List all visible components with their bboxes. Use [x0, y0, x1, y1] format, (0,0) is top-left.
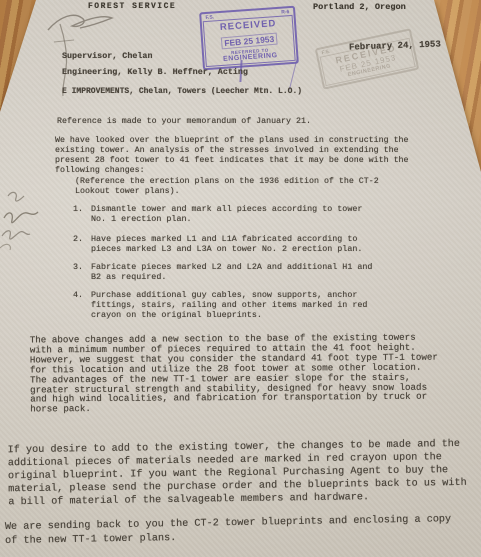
- list-item-text: Have pieces marked L1 and L1A fabricated…: [91, 234, 378, 254]
- summary-paragraph: The above changes add a new section to t…: [30, 333, 443, 415]
- subject-line: E IMPROVEMENTS, Chelan, Towers (Leecher …: [62, 87, 302, 96]
- erection-plans-note: (Reference the erection plans on the 193…: [75, 177, 393, 197]
- photo-background: FOREST SERVICE Portland 2, Oregon F.S. R…: [0, 0, 481, 557]
- list-item-number: 2.: [73, 234, 83, 244]
- office-location: Portland 2, Oregon: [313, 2, 406, 12]
- sender-line: Engineering, Kelly B. Heffner, Acting: [62, 67, 248, 77]
- margin-scribbles: [0, 188, 50, 258]
- reference-paragraph: Reference is made to your memorandum of …: [57, 117, 437, 127]
- list-item-text: Dismantle tower and mark all pieces acco…: [91, 204, 378, 224]
- stamp-date: FEB 25 1953: [221, 33, 278, 50]
- options-paragraph: If you desire to add to the existing tow…: [8, 438, 475, 510]
- list-item-text: Fabricate pieces marked L2 and L2A and a…: [91, 262, 378, 282]
- list-item-number: 4.: [73, 290, 83, 300]
- agency-name: FOREST SERVICE: [88, 2, 176, 11]
- addressee-line: Supervisor, Chelan: [62, 51, 152, 61]
- list-item-number: 3.: [73, 262, 83, 272]
- stamp-region-code: R-6: [281, 9, 289, 16]
- stamp-received-label: RECEIVED: [206, 17, 291, 34]
- analysis-paragraph: We have looked over the blueprint of the…: [55, 136, 427, 176]
- list-item-text: Purchase additional guy cables, snow sup…: [91, 290, 378, 320]
- stamp-org-label: F.S.: [205, 14, 214, 21]
- received-stamp: F.S. R-6 RECEIVED FEB 25 1953 REFERRED T…: [199, 6, 299, 71]
- list-item-number: 1.: [73, 204, 83, 214]
